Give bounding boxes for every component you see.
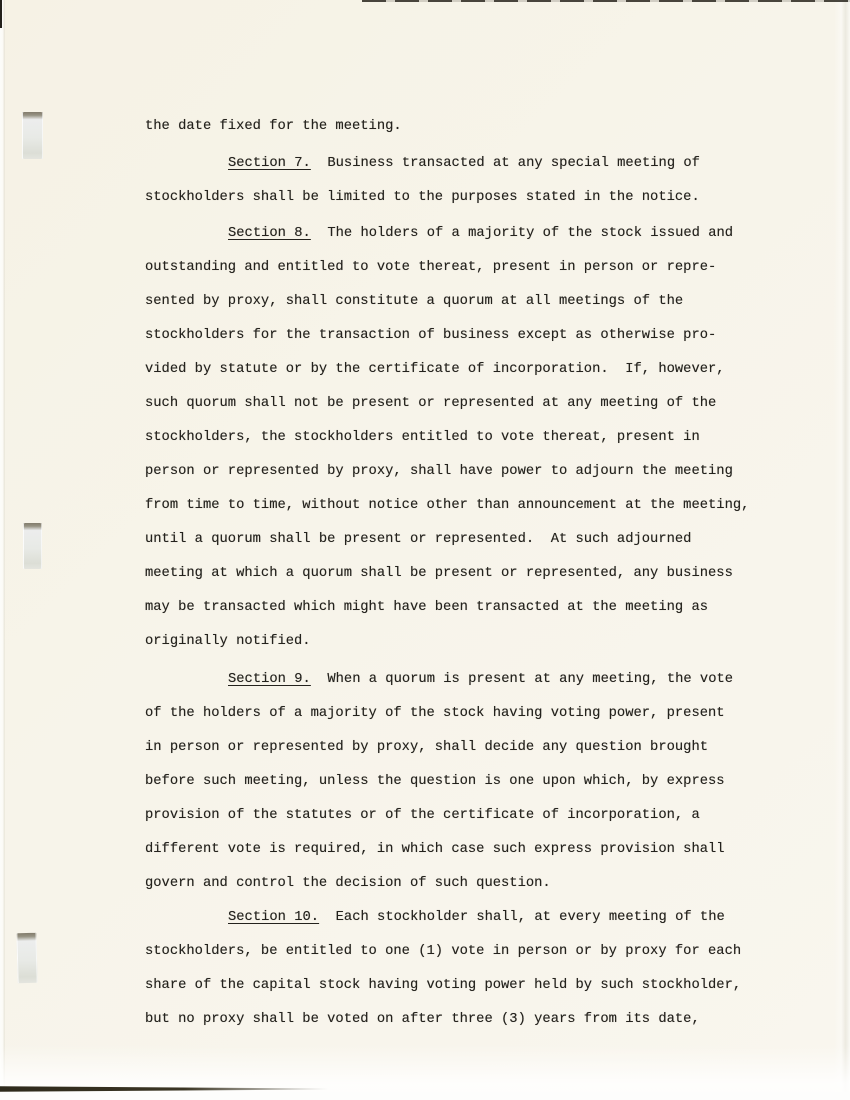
section-8-heading-line: Section 8. The holders of a majority of … [145,217,785,251]
scan-top-edge [362,0,850,2]
line-text: govern and control the decision of such … [145,876,551,891]
line-text: stockholders, the stockholders entitled … [145,430,700,445]
text-line: vided by statute or by the certificate o… [145,353,785,387]
line-text: Each stockholder shall, at every meeting… [319,910,725,925]
section-9-label: Section 9. [228,672,311,687]
hole-punch-bottom [16,933,37,984]
text-line: such quorum shall not be present or repr… [145,387,785,421]
line-text: in person or represented by proxy, shall… [145,740,708,755]
text-line: until a quorum shall be present or repre… [145,523,785,557]
line-text: of the holders of a majority of the stoc… [145,706,725,721]
section-10-heading-line: Section 10. Each stockholder shall, at e… [145,901,785,935]
hole-punch-top [22,112,43,159]
text-line: in person or represented by proxy, shall… [145,731,785,765]
hole-punch-middle [23,523,42,569]
line-text: stockholders for the transaction of busi… [145,328,716,343]
line-text: from time to time, without notice other … [145,498,749,513]
line-text: The holders of a majority of the stock i… [311,226,733,241]
line-text: may be transacted which might have been … [145,600,708,615]
line-text: meeting at which a quorum shall be prese… [145,566,733,581]
line-text: outstanding and entitled to vote thereat… [145,260,716,275]
line-text: provision of the statutes or of the cert… [145,808,700,823]
text-line: stockholders, be entitled to one (1) vot… [145,935,785,969]
text-line: stockholders, the stockholders entitled … [145,421,785,455]
text-line: before such meeting, unless the question… [145,765,785,799]
text-line: of the holders of a majority of the stoc… [145,697,785,731]
text-line: provision of the statutes or of the cert… [145,799,785,833]
line-text: such quorum shall not be present or repr… [145,396,716,411]
paragraph-section-8: Section 8. The holders of a majority of … [145,217,785,659]
line-text: sented by proxy, shall constitute a quor… [145,294,683,309]
section-7-label: Section 7. [228,156,311,171]
section-10-label: Section 10. [228,910,319,925]
paragraph-section-9: Section 9. When a quorum is present at a… [145,663,785,901]
section-8-label: Section 8. [228,226,311,241]
scan-bottom-margin [0,1092,850,1100]
paragraph-section-10: Section 10. Each stockholder shall, at e… [145,901,785,1037]
paragraph-continuation: the date fixed for the meeting. [145,110,785,144]
line-text: the date fixed for the meeting. [145,119,402,134]
page-right-edge [834,0,850,1100]
line-text: before such meeting, unless the question… [145,774,725,789]
line-text: When a quorum is present at any meeting,… [311,672,733,687]
text-line: stockholders for the transaction of busi… [145,319,785,353]
section-7-heading-line: Section 7. Business transacted at any sp… [145,147,785,181]
line-text: share of the capital stock having voting… [145,978,741,993]
text-line: sented by proxy, shall constitute a quor… [145,285,785,319]
line-text: but no proxy shall be voted on after thr… [145,1012,700,1027]
text-line: may be transacted which might have been … [145,591,785,625]
text-line: different vote is required, in which cas… [145,833,785,867]
text-line: stockholders shall be limited to the pur… [145,181,785,215]
text-line: outstanding and entitled to vote thereat… [145,251,785,285]
line-text: Business transacted at any special meeti… [311,156,700,171]
document-text-block: the date fixed for the meeting. Section … [145,110,785,1037]
text-line: the date fixed for the meeting. [145,110,785,144]
scanned-document-page: the date fixed for the meeting. Section … [0,0,850,1100]
line-text: stockholders, be entitled to one (1) vot… [145,944,741,959]
text-line: meeting at which a quorum shall be prese… [145,557,785,591]
scan-corner-mark [0,0,2,28]
paragraph-section-7: Section 7. Business transacted at any sp… [145,147,785,215]
text-line: but no proxy shall be voted on after thr… [145,1003,785,1037]
section-9-heading-line: Section 9. When a quorum is present at a… [145,663,785,697]
line-text: until a quorum shall be present or repre… [145,532,691,547]
text-line: originally notified. [145,625,785,659]
text-line: govern and control the decision of such … [145,867,785,901]
line-text: different vote is required, in which cas… [145,842,725,857]
line-text: originally notified. [145,634,311,649]
page-left-edge [0,0,5,1100]
text-line: from time to time, without notice other … [145,489,785,523]
text-line: share of the capital stock having voting… [145,969,785,1003]
line-text: vided by statute or by the certificate o… [145,362,725,377]
text-line: person or represented by proxy, shall ha… [145,455,785,489]
line-text: stockholders shall be limited to the pur… [145,190,700,205]
line-text: person or represented by proxy, shall ha… [145,464,733,479]
